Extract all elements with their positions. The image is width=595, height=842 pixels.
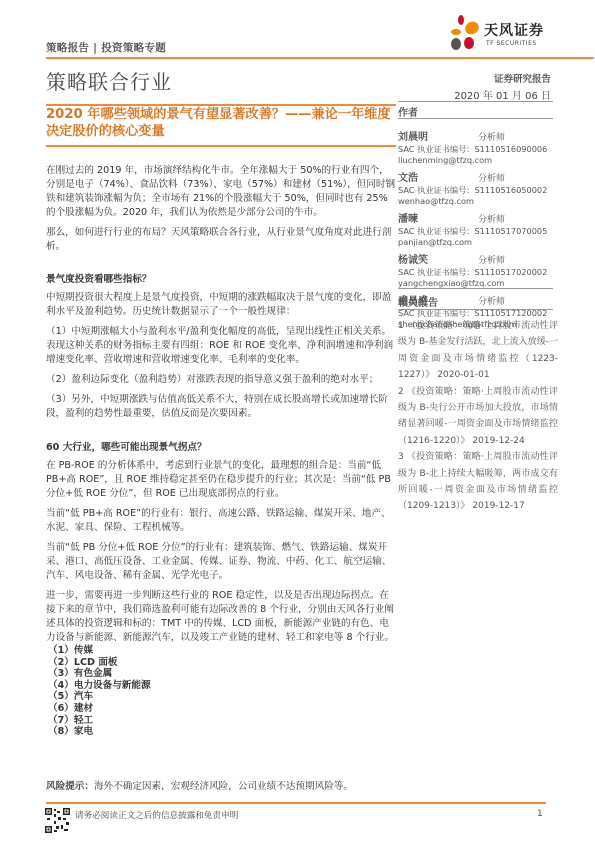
list-item: （6）建材 (48, 703, 151, 715)
paragraph: 当前“低 PB+高 ROE”的行业有：银行、高速公路、铁路运输、煤炭开采、地产、… (46, 507, 396, 535)
paragraph: （1）中短期涨幅大小与盈利水平/盈利变化幅度的高低，呈现出线性正相关关系。表现这… (46, 325, 396, 367)
header-divider (46, 57, 594, 59)
list-item: （1）传媒 (48, 645, 151, 657)
logo-name-en: TF SECURITIES (486, 40, 537, 47)
risk-text: 海外不确定因素，宏观经济风险，公司业绩不达预期风险等。 (94, 781, 353, 792)
paragraph: 进一步，需要再进一步判断这些行业的 ROE 稳定性，以及是否出现边际拐点。在接下… (46, 589, 396, 645)
list-item: （2）LCD 面板 (48, 657, 151, 669)
author-email[interactable]: panjian@tfzq.com (398, 237, 558, 248)
industry-list: （1）传媒 （2）LCD 面板 （3）有色金属 （4）电力设备与新能源 （5）汽… (48, 645, 151, 738)
headline: 2020 年哪些领域的景气有望显著改善？——兼论一年维度决定股价的核心变量 (46, 106, 396, 140)
author-role: 分析师 (478, 215, 505, 225)
related-title: 相关报告 (398, 294, 438, 309)
footer-divider (46, 802, 546, 804)
paragraph: 中短期投资很大程度上是景气度投资，中短期的涨跌幅取决于景气度的变化，即盈利水平及… (46, 291, 396, 319)
related-reports: 1 《投资策略：策略·上周股市流动性评级为 B-基金发行活跃，北上流入放缓-一周… (398, 318, 558, 515)
list-item: （7）轻工 (48, 715, 151, 727)
author-role: 分析师 (478, 256, 505, 266)
qr-code-icon (45, 808, 70, 833)
author-sac: SAC 执业证书编号：S1110517020002 (398, 267, 558, 278)
author-card: 文浩分析师 SAC 执业证书编号：S1110516050002 wenhao@t… (398, 166, 558, 207)
author-sac: SAC 执业证书编号：S1110516050002 (398, 185, 558, 196)
report-type: 证券研究报告 (494, 71, 551, 85)
author-role: 分析师 (478, 174, 505, 184)
list-item: （3）有色金属 (48, 668, 151, 680)
related-report-link[interactable]: 1 《投资策略：策略·上周股市流动性评级为 B-基金发行活跃，北上流入放缓-一周… (398, 318, 558, 384)
author-name: 潘暕 (398, 210, 478, 225)
author-name: 杨诚笑 (398, 251, 478, 266)
risk-label: 风险提示： (46, 781, 94, 792)
company-logo: 天风证券 TF SECURITIES (440, 12, 537, 52)
intro-paragraph-2: 那么，如何进行行业的布局？天风策略联合各行业，从行业景气度角度对此进行剖析。 (46, 226, 396, 254)
headline-bottom-divider (46, 145, 396, 147)
author-email[interactable]: liuchenming@tfzq.com (398, 155, 558, 166)
author-role: 分析师 (478, 297, 505, 307)
list-item: （4）电力设备与新能源 (48, 680, 151, 692)
logo-mark-icon (450, 14, 480, 52)
logo-name-cn: 天风证券 (484, 20, 544, 40)
risk-warning: 风险提示：海外不确定因素，宏观经济风险，公司业绩不达预期风险等。 (46, 778, 353, 792)
paragraph: 在 PB-ROE 的分析体系中，考虑到行业景气的变化，最理想的组合是：当前“低 … (46, 459, 396, 501)
author-name: 刘晨明 (398, 128, 478, 143)
list-item: （8）家电 (48, 726, 151, 738)
date-divider (398, 101, 553, 102)
author-card: 杨诚笑分析师 SAC 执业证书编号：S1110517020002 yangche… (398, 248, 558, 289)
section-inflection-body: 在 PB-ROE 的分析体系中，考虑到行业景气的变化，最理想的组合是：当前“低 … (46, 459, 396, 645)
author-sac: SAC 执业证书编号：S1110517070005 (398, 226, 558, 237)
author-card: 潘暕分析师 SAC 执业证书编号：S1110517070005 panjian@… (398, 207, 558, 248)
section-indicators-body: 中短期投资很大程度上是景气度投资，中短期的涨跌幅取决于景气度的变化，即盈利水平及… (46, 291, 396, 421)
paragraph: （3）另外，中短期涨跌与估值高低关系不大，特别在成长股高增长或加速增长阶段，盈利… (46, 393, 396, 421)
author-role: 分析师 (478, 133, 505, 143)
intro-paragraph-1: 在刚过去的 2019 年，市场演绎结构化牛市。全年涨幅大于 50%的行业有四个，… (46, 164, 396, 220)
section-title-inflection: 60 大行业，哪些可能出现景气拐点？ (46, 439, 207, 453)
intro-section: 在刚过去的 2019 年，市场演绎结构化牛市。全年涨幅大于 50%的行业有四个，… (46, 164, 396, 254)
author-sac: SAC 执业证书编号：S1110516090006 (398, 144, 558, 155)
related-top-divider (398, 288, 553, 289)
authors-title: 作者 (398, 104, 558, 119)
author-email[interactable]: wenhao@tfzq.com (398, 196, 558, 207)
disclaimer-note: 请务必阅读正文之后的信息披露和免责申明 (75, 809, 238, 821)
breadcrumb: 策略报告 | 投资策略专题 (46, 40, 166, 55)
paragraph: （2）盈利边际变化（盈利趋势）对涨跌表现的指导意义强于盈利的绝对水平； (46, 373, 396, 387)
paragraph: 当前“低 PB 分位+低 ROE 分位”的行业有：建筑装饰、燃气、铁路运输、煤炭… (46, 541, 396, 583)
author-card: 刘晨明分析师 SAC 执业证书编号：S1110516090006 liuchen… (398, 125, 558, 166)
related-report-link[interactable]: 2 《投资策略：策略·上周股市流动性评级为 B-央行公开市场加大投放，市场情绪显… (398, 384, 558, 450)
page-number: 1 (537, 809, 543, 819)
authors-divider (398, 118, 553, 119)
report-date: 2020 年 01 月 06 日 (454, 87, 551, 102)
list-item: （5）汽车 (48, 691, 151, 703)
related-report-link[interactable]: 3 《投资策略：策略·上周股市流动性评级为 B-北上持续大幅吸筹，两市成交有所回… (398, 449, 558, 515)
related-divider (398, 309, 553, 310)
section-title-indicators: 景气度投资看哪些指标？ (46, 271, 152, 285)
author-name: 文浩 (398, 169, 478, 184)
page-title: 策略联合行业 (46, 66, 172, 95)
